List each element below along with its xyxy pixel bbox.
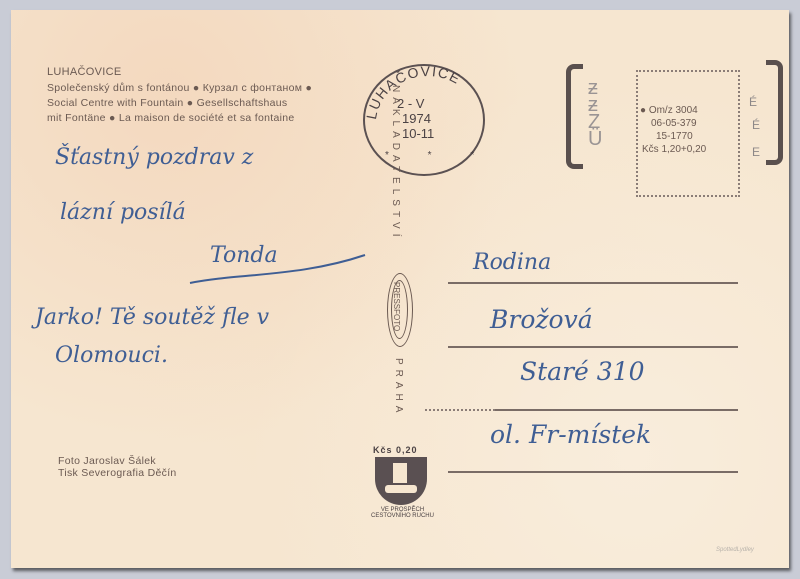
castle-emblem-icon [375,457,427,505]
address-line: ol. Fr-místek [490,420,651,449]
charity-stamp-text: VE PROSPĚCH CESTOVNÍHO RUCHU [365,507,440,519]
photo-credit: Foto Jaroslav Šálek [58,455,156,467]
message-line: Šťastný pozdrav z [55,145,253,170]
stamp-line: 15-1770 [656,131,693,142]
meter-bracket-left [566,64,583,169]
message-line: Jarko! Tě soutěž fle v [35,305,269,330]
message-line: lázní posílá [60,200,186,225]
meter-bracket-right [766,60,783,165]
print-credit: Tisk Severografia Děčín [58,467,177,479]
pressfoto-logo-text: PRESSFOTO [392,282,401,331]
stamp-line: 06-05-379 [651,118,697,129]
address-line: Staré 310 [520,357,645,386]
signature-flourish [180,245,370,290]
address-rule [495,409,738,411]
caption-line: mit Fontäne ● La maison de société et sa… [47,112,295,124]
postmark-year: 1974 [402,111,431,126]
watermark: SpottedLydley [716,547,754,553]
address-line: Rodina [473,250,551,275]
publisher-city: PRAHA [393,358,404,417]
faint-mark: E [752,145,760,159]
stamp-line: ● Om/z 3004 [640,105,698,116]
publisher-name: NAKLADATELSTVÍ [390,85,401,235]
postmark-time: 10-11 [402,126,434,141]
faint-mark: É [752,118,760,132]
faint-z-marks: ƶƶZÜ [588,80,612,160]
address-rule [448,471,738,473]
pressfoto-logo: PRESSFOTO [387,273,413,347]
charity-stamp: Kčs 0,20 VE PROSPĚCH CESTOVNÍHO RUCHU [365,445,440,515]
postmark-date: 2 - V [397,96,424,111]
address-rule [448,346,738,348]
caption-line: Social Centre with Fountain ● Gesellscha… [47,97,287,109]
caption-line: Společenský dům s fontánou ● Курзал с фо… [47,82,312,94]
stamp-line: Kčs 1,20+0,20 [642,144,706,155]
message-line: Olomouci. [55,343,168,368]
charity-stamp-value: Kčs 0,20 [373,445,418,455]
address-dotted-rule [425,409,495,411]
address-line: Brožová [490,305,593,334]
postmark-stars: * * * [385,150,492,161]
faint-mark: É [749,95,757,109]
caption-title: LUHAČOVICE [47,66,122,79]
address-rule [448,282,738,284]
